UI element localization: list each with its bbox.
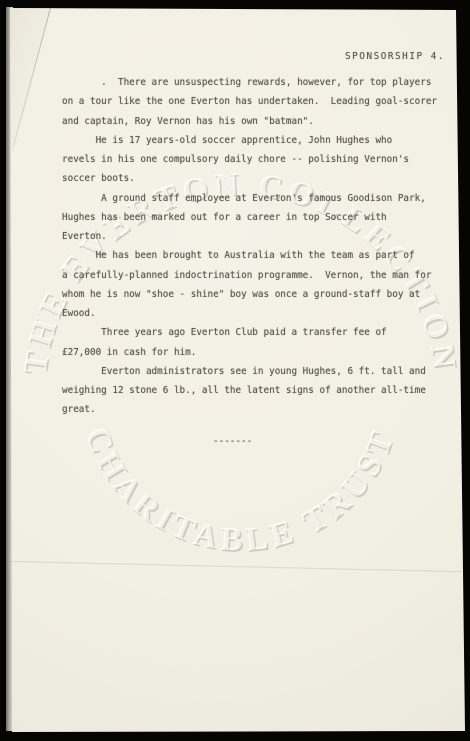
typed-line: and captain, Roy Vernon has his own "bat… <box>62 112 437 131</box>
typed-line: He is 17 years-old soccer apprentice, Jo… <box>62 131 437 150</box>
typed-line: great. <box>62 400 437 419</box>
typed-line: a carefully-planned indoctrination progr… <box>62 266 437 285</box>
typed-line: Hughes has been marked out for a career … <box>62 208 437 227</box>
typed-line: whom he is now "shoe - shine" boy was on… <box>62 285 437 304</box>
typed-line: soccer boots. <box>62 169 437 188</box>
typed-line: He has been brought to Australia with th… <box>62 246 437 265</box>
typed-line: Ewood. <box>62 304 437 323</box>
typed-line: weighing 12 stone 6 lb., all the latent … <box>62 381 437 400</box>
page-heading: SPONSORSHIP 4. <box>345 51 445 62</box>
typed-separator: ------- <box>213 432 252 451</box>
typed-line: on a tour like the one Everton has under… <box>62 92 437 111</box>
typed-line: Three years ago Everton Club paid a tran… <box>62 323 437 342</box>
typed-line: A ground staff employee at Everton's fam… <box>62 189 437 208</box>
document-page: THE EVERTON COLLECTION THE EVERTON COLLE… <box>0 0 470 741</box>
typewritten-body: . There are unsuspecting rewards, howeve… <box>62 73 437 420</box>
typed-line: revels in his one compulsory daily chore… <box>62 150 437 169</box>
typed-line: Everton. <box>62 227 437 246</box>
typed-line: £27,000 in cash for him. <box>62 343 437 362</box>
typed-line: . There are unsuspecting rewards, howeve… <box>62 73 437 92</box>
typed-line: Everton administrators see in young Hugh… <box>62 362 437 381</box>
